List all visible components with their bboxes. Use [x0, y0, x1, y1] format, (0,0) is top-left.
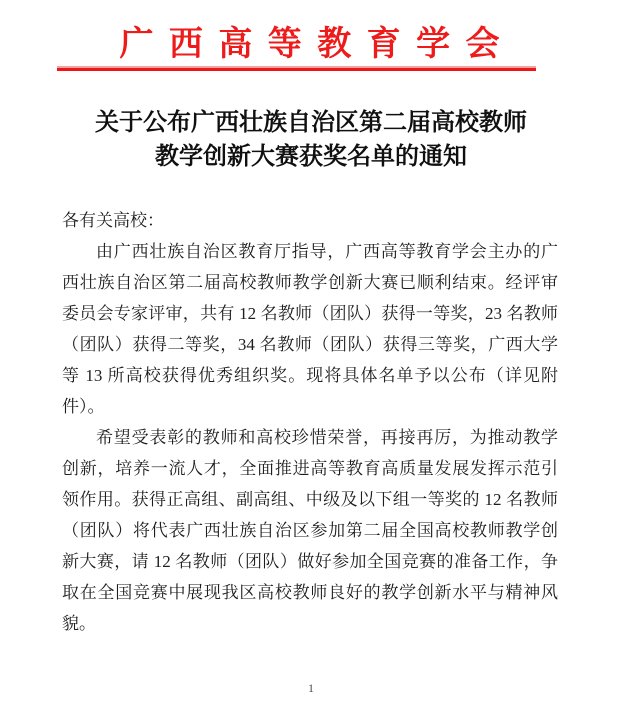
letterhead-org-name: 广 西 高 等 教 育 学 会: [0, 16, 622, 65]
letterhead-red-rule: [57, 66, 536, 71]
paragraph-2-line: 领作用。获得正高组、副高组、中级及以下组一等奖的 12 名教师: [62, 484, 558, 515]
paragraph-2-line: （团队）将代表广西壮族自治区参加第二届全国高校教师教学创: [62, 515, 558, 546]
paragraph-2-line: 新大赛，请 12 名教师（团队）做好参加全国竞赛的准备工作，争: [62, 546, 558, 577]
document-title-line-1: 关于公布广西壮族自治区第二届高校教师: [0, 106, 622, 140]
paragraph-1-line: 委员会专家评审，共有 12 名教师（团队）获得一等奖，23 名教师: [62, 298, 558, 329]
paragraph-1-line: （团队）获得二等奖，34 名教师（团队）获得三等奖，广西大学: [62, 329, 558, 360]
paragraph-1-line: 等 13 所高校获得优秀组织奖。现将具体名单予以公布（详见附: [62, 360, 558, 391]
paragraph-2-line: 希望受表彰的教师和高校珍惜荣誉，再接再厉，为推动教学: [62, 422, 558, 453]
salutation: 各有关高校：: [62, 205, 558, 236]
paragraph-2-line: 创新，培养一流人才，全面推进高等教育高质量发展发挥示范引: [62, 453, 558, 484]
page-number: 1: [0, 681, 622, 696]
paragraph-1-line: 由广西壮族自治区教育厅指导，广西高等教育学会主办的广: [62, 236, 558, 267]
paragraph-2-line: 取在全国竞赛中展现我区高校教师良好的教学创新水平与精神风: [62, 577, 558, 608]
document-body: 各有关高校： 由广西壮族自治区教育厅指导，广西高等教育学会主办的广 西壮族自治区…: [62, 205, 558, 639]
paragraph-1-line: 件）。: [62, 391, 558, 422]
paragraph-1-line: 西壮族自治区第二届高校教师教学创新大赛已顺利结束。经评审: [62, 267, 558, 298]
document-title: 关于公布广西壮族自治区第二届高校教师 教学创新大赛获奖名单的通知: [0, 106, 622, 174]
notice-document-page: 广 西 高 等 教 育 学 会 关于公布广西壮族自治区第二届高校教师 教学创新大…: [0, 0, 622, 717]
document-title-line-2: 教学创新大赛获奖名单的通知: [0, 140, 622, 174]
paragraph-2-line: 貌。: [62, 608, 558, 639]
